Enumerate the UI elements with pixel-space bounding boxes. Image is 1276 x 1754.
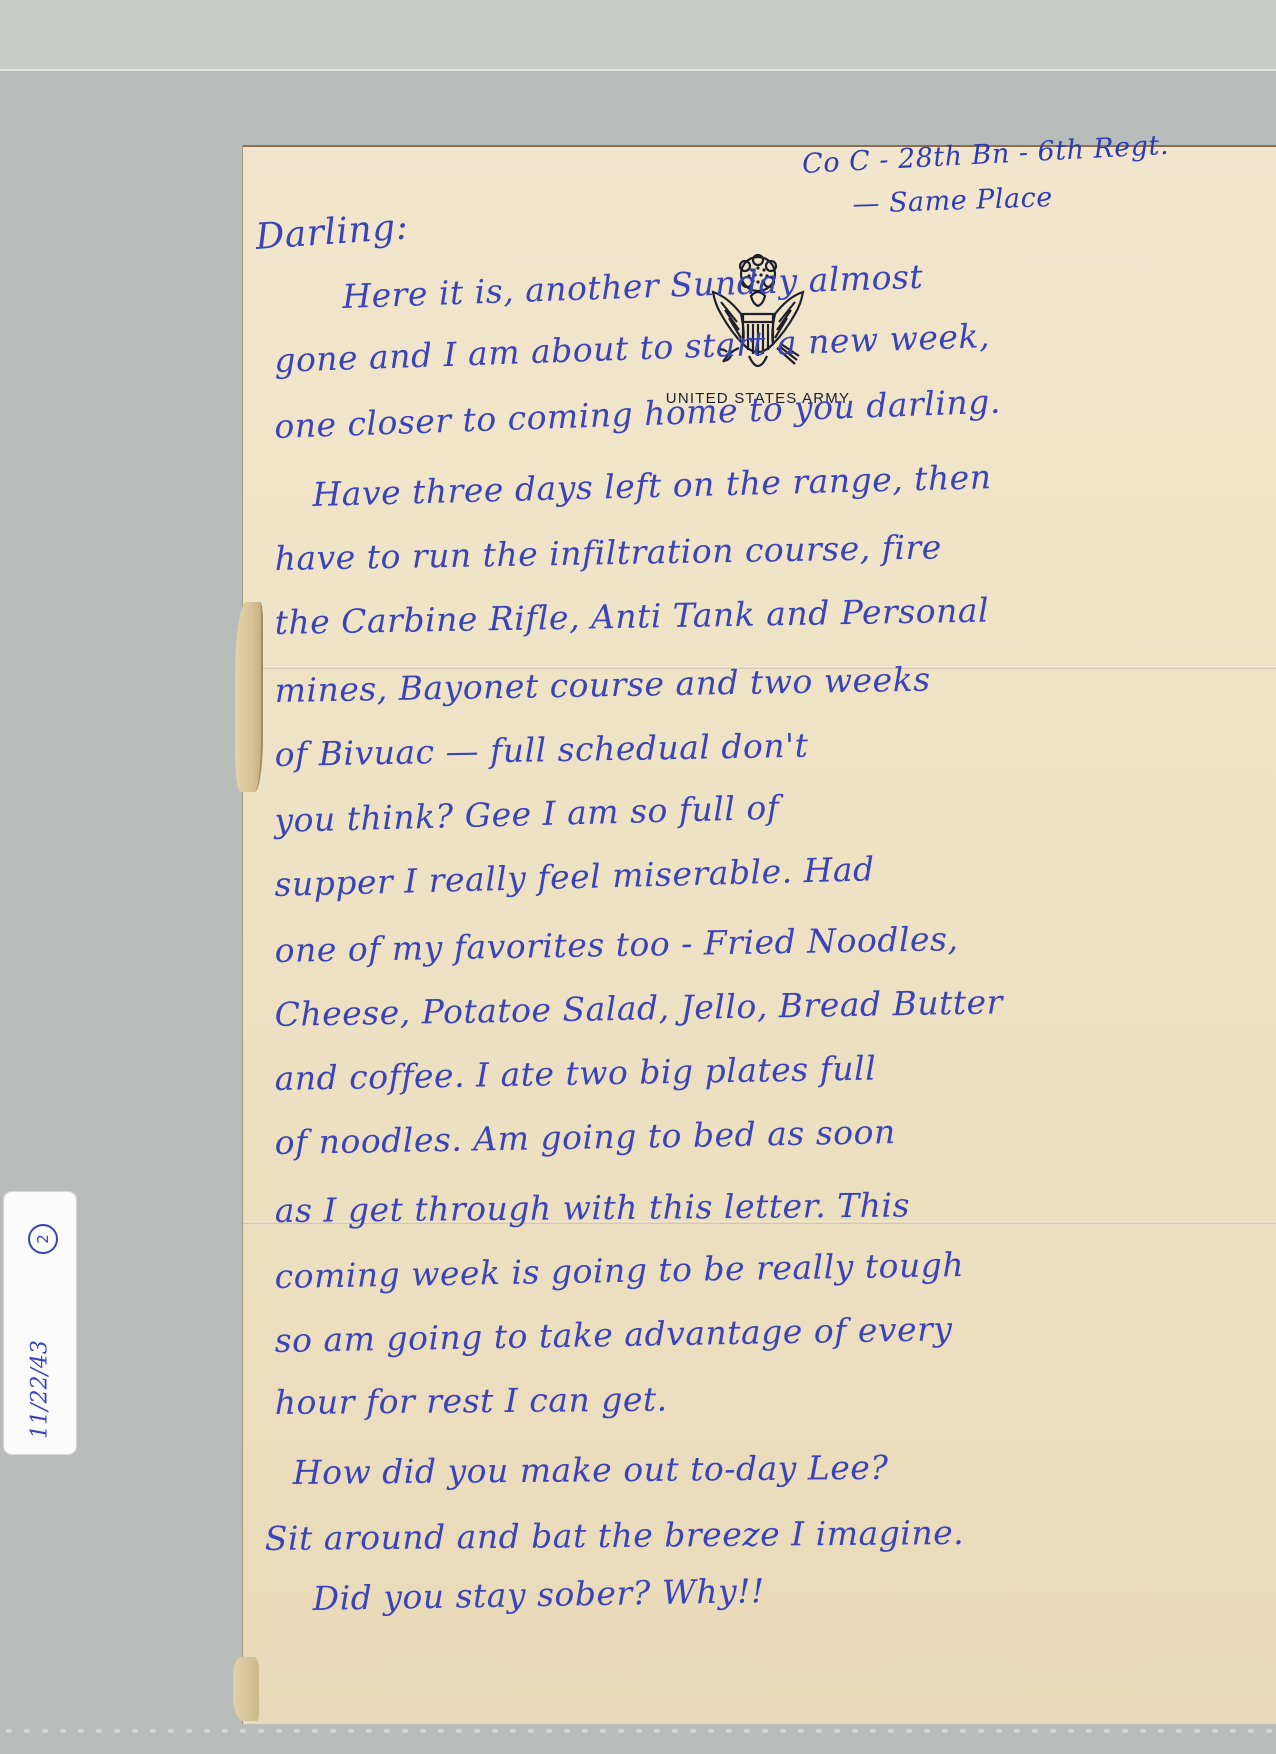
letter-line: How did you make out to-day Lee? <box>293 1448 889 1492</box>
letter-line: so am going to take advantage of every <box>274 1309 952 1360</box>
letter-line: coming week is going to be really tough <box>274 1245 964 1296</box>
letter-line: of Bivuac — full schedual don't <box>274 726 808 774</box>
letter-line: and coffee. I ate two big plates full <box>274 1049 876 1098</box>
sleeve-perforation <box>0 1725 1276 1737</box>
letter-line: as I get through with this letter. This <box>275 1185 910 1230</box>
letter-line: one of my favorites too - Fried Noodles, <box>274 919 958 970</box>
letter-line: of noodles. Am going to bed as soon <box>274 1112 896 1162</box>
letter-line: the Carbine Rifle, Anti Tank and Persona… <box>274 591 989 642</box>
archive-index-label: 2 11/22/43 <box>4 1192 76 1454</box>
letter-page: UNITED STATES ARMY Co C - 28th Bn - 6th … <box>243 145 1276 1724</box>
archive-date: 11/22/43 <box>28 1340 53 1440</box>
letter-line: Have three days left on the range, then <box>312 457 992 514</box>
torn-corner <box>233 1657 259 1721</box>
letter-line: Did you stay sober? Why!! <box>312 1571 765 1618</box>
letter-line: hour for rest I can get. <box>275 1380 668 1422</box>
letter-line: supper I really feel miserable. Had <box>274 849 875 904</box>
scanner-sleeve-top <box>0 0 1276 70</box>
letter-line: Sit around and bat the breeze I imagine. <box>265 1513 965 1558</box>
letter-line: have to run the infiltration course, fir… <box>274 527 942 578</box>
letter-line: Cheese, Potatoe Salad, Jello, Bread Butt… <box>274 982 1003 1034</box>
salutation: Darling: <box>254 206 409 258</box>
letter-line: you think? Gee I am so full of <box>274 788 780 840</box>
place-line: — Same Place <box>852 182 1053 220</box>
torn-edge <box>235 602 263 792</box>
page-number-badge: 2 <box>28 1224 58 1254</box>
